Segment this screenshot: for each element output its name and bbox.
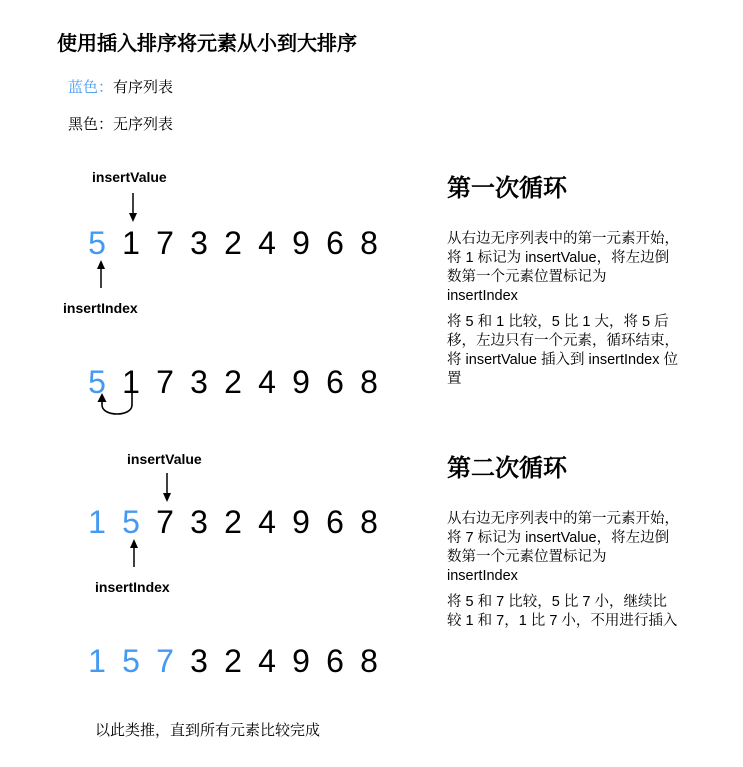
array-digit: 4 — [250, 505, 284, 539]
array-digit: 2 — [216, 365, 250, 399]
paragraph-line: 将 insertValue 插入到 insertIndex 位 — [447, 351, 697, 370]
array-digit: 6 — [318, 226, 352, 260]
array-row-1: 517324968 — [80, 226, 386, 260]
array-digit: 3 — [182, 505, 216, 539]
array-digit: 1 — [80, 505, 114, 539]
section-second-loop: 第二次循环 从右边无序列表中的第一元素开始，将 7 标记为 insertValu… — [447, 454, 697, 631]
array-digit: 2 — [216, 505, 250, 539]
paragraph-line: 将 5 和 7 比较，5 比 7 小，继续比 — [447, 593, 697, 612]
footer-note: 以此类推，直到所有元素比较完成 — [95, 722, 320, 740]
array-digit: 3 — [182, 644, 216, 678]
array-digit: 4 — [250, 226, 284, 260]
legend-black: 黑色：无序列表 — [68, 116, 173, 134]
array-digit: 7 — [148, 644, 182, 678]
array-digit: 2 — [216, 644, 250, 678]
paragraph-line: 将 1 标记为 insertValue，将左边倒 — [447, 249, 697, 268]
array-digit: 7 — [148, 505, 182, 539]
legend-black-desc: 无序列表 — [113, 116, 173, 133]
section-heading: 第二次循环 — [447, 454, 697, 484]
move-back-arrow-icon — [94, 392, 142, 422]
array-digit: 6 — [318, 644, 352, 678]
array-digit: 1 — [80, 644, 114, 678]
down-arrow-icon — [126, 193, 140, 223]
paragraph-line: 数第一个元素位置标记为 — [447, 268, 697, 287]
paragraph-line: 将 5 和 1 比较，5 比 1 大，将 5 后 — [447, 313, 697, 332]
paragraph: 从右边无序列表中的第一元素开始，将 1 标记为 insertValue，将左边倒… — [447, 230, 697, 306]
legend-blue-desc: 有序列表 — [113, 79, 173, 96]
legend-blue-label: 蓝色： — [68, 79, 113, 96]
array-row-4: 157324968 — [80, 644, 386, 678]
paragraph: 将 5 和 1 比较，5 比 1 大，将 5 后移，左边只有一个元素，循环结束，… — [447, 313, 697, 389]
legend-blue: 蓝色：有序列表 — [68, 79, 173, 97]
insert-value-label-1: insertValue — [92, 170, 167, 185]
array-digit: 5 — [114, 505, 148, 539]
section-heading: 第一次循环 — [447, 174, 697, 204]
paragraph-line: 较 1 和 7，1 比 7 小，不用进行插入 — [447, 612, 697, 631]
paragraph-line: 移，左边只有一个元素，循环结束， — [447, 332, 697, 351]
paragraph-line: 将 7 标记为 insertValue，将左边倒 — [447, 529, 697, 548]
paragraph-line: 置 — [447, 370, 697, 389]
paragraph-line: insertIndex — [447, 287, 697, 306]
array-digit: 8 — [352, 365, 386, 399]
array-digit: 6 — [318, 365, 352, 399]
up-arrow-icon — [127, 538, 141, 568]
down-arrow-icon — [160, 473, 174, 503]
array-digit: 9 — [284, 365, 318, 399]
array-digit: 7 — [148, 226, 182, 260]
array-digit: 4 — [250, 644, 284, 678]
paragraph-line: 从右边无序列表中的第一元素开始， — [447, 510, 697, 529]
array-digit: 3 — [182, 365, 216, 399]
insert-index-label-1: insertIndex — [63, 301, 138, 316]
array-digit: 5 — [114, 644, 148, 678]
array-digit: 2 — [216, 226, 250, 260]
paragraph-line: 从右边无序列表中的第一元素开始， — [447, 230, 697, 249]
array-digit: 4 — [250, 365, 284, 399]
insertion-sort-diagram: 使用插入排序将元素从小到大排序 蓝色：有序列表 黑色：无序列表 insertVa… — [0, 0, 743, 767]
paragraph-line: insertIndex — [447, 567, 697, 586]
array-digit: 9 — [284, 226, 318, 260]
array-digit: 8 — [352, 226, 386, 260]
up-arrow-icon — [94, 259, 108, 289]
paragraph-line: 数第一个元素位置标记为 — [447, 548, 697, 567]
page-title: 使用插入排序将元素从小到大排序 — [57, 31, 357, 57]
array-digit: 7 — [148, 365, 182, 399]
array-digit: 9 — [284, 644, 318, 678]
paragraph: 将 5 和 7 比较，5 比 7 小，继续比较 1 和 7，1 比 7 小，不用… — [447, 593, 697, 631]
array-digit: 6 — [318, 505, 352, 539]
array-digit: 1 — [114, 226, 148, 260]
array-row-3: 157324968 — [80, 505, 386, 539]
legend-black-label: 黑色： — [68, 116, 113, 133]
insert-index-label-2: insertIndex — [95, 580, 170, 595]
insert-value-label-2: insertValue — [127, 452, 202, 467]
array-digit: 3 — [182, 226, 216, 260]
array-digit: 8 — [352, 644, 386, 678]
array-digit: 8 — [352, 505, 386, 539]
paragraph: 从右边无序列表中的第一元素开始，将 7 标记为 insertValue，将左边倒… — [447, 510, 697, 586]
array-digit: 9 — [284, 505, 318, 539]
section-first-loop: 第一次循环 从右边无序列表中的第一元素开始，将 1 标记为 insertValu… — [447, 174, 697, 389]
array-digit: 5 — [80, 226, 114, 260]
